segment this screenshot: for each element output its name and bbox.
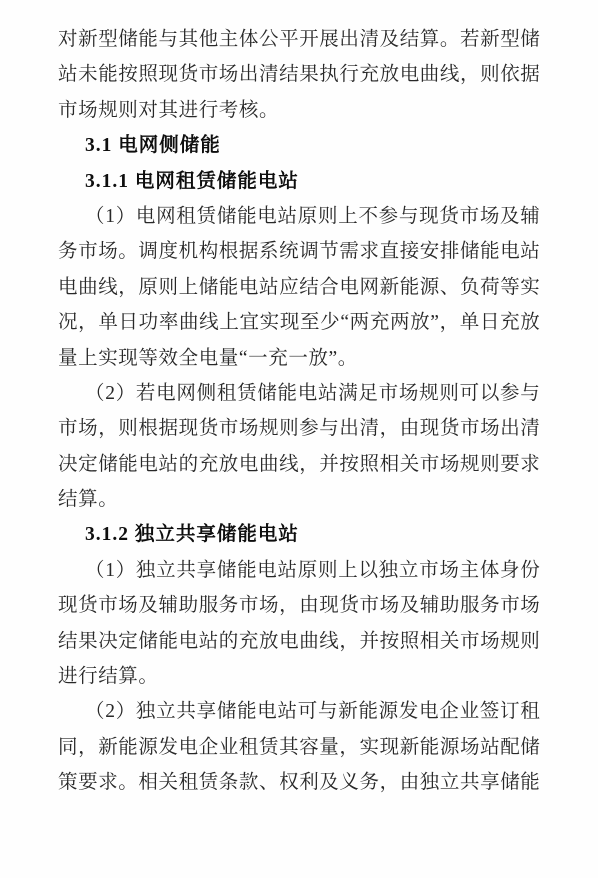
text-line: 市场，则根据现货市场规则参与出清，由现货市场出清结果: [58, 411, 540, 446]
document-content: 对新型储能与其他主体公平开展出清及结算。若新型储能电站未能按照现货市场出清结果执…: [58, 22, 540, 801]
text-line: 站未能按照现货市场出清结果执行充放电曲线，则依据相关: [58, 57, 540, 92]
text-line: （1）独立共享储能电站原则上以独立市场主体身份参与: [58, 553, 540, 588]
text-line: 况，单日功率曲线上宜实现至少“两充两放”，单日充放电: [58, 305, 540, 340]
text-line: 同，新能源发电企业租赁其容量，实现新能源场站配储的政: [58, 730, 540, 765]
section-heading: 3.1 电网侧储能: [58, 128, 540, 163]
subsection-heading: 3.1.2 独立共享储能电站: [58, 517, 540, 552]
text-line: （2）若电网侧租赁储能电站满足市场规则可以参与现货: [58, 376, 540, 411]
text-line: 结果决定储能电站的充放电曲线，并按照相关市场规则要求: [58, 624, 540, 659]
text-line: 进行结算。: [58, 659, 540, 694]
document-page: 对新型储能与其他主体公平开展出清及结算。若新型储能电站未能按照现货市场出清结果执…: [0, 0, 598, 878]
text-line: 现货市场及辅助服务市场，由现货市场及辅助服务市场出清: [58, 588, 540, 623]
text-line: 市场规则对其进行考核。: [58, 93, 540, 128]
text-line: 决定储能电站的充放电曲线，并按照相关市场规则要求进行: [58, 447, 540, 482]
text-line: 务市场。调度机构根据系统调节需求直接安排储能电站充放: [58, 234, 540, 269]
text-line: 结算。: [58, 482, 540, 517]
text-line: 量上实现等效全电量“一充一放”。: [58, 341, 540, 376]
text-line: 对新型储能与其他主体公平开展出清及结算。若新型储能电: [58, 22, 540, 57]
text-line: 电曲线，原则上储能电站应结合电网新能源、负荷等实际情: [58, 270, 540, 305]
text-line: （1）电网租赁储能电站原则上不参与现货市场及辅助服: [58, 199, 540, 234]
text-line: 策要求。相关租赁条款、权利及义务，由独立共享储能电站: [58, 765, 540, 800]
text-line: （2）独立共享储能电站可与新能源发电企业签订租赁合: [58, 694, 540, 729]
subsection-heading: 3.1.1 电网租赁储能电站: [58, 164, 540, 199]
